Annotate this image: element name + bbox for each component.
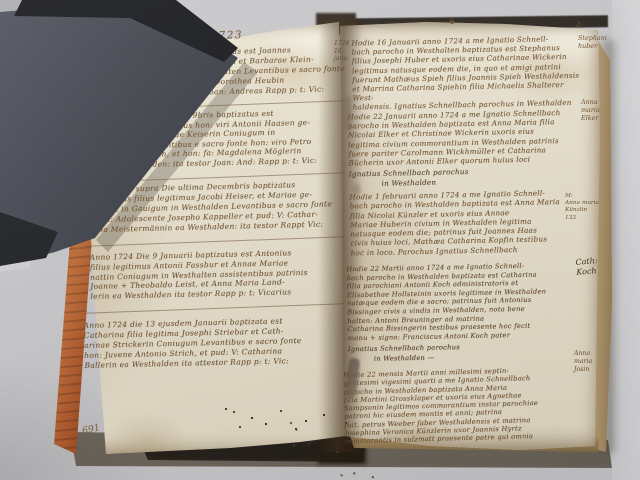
ink-smudge bbox=[345, 96, 352, 130]
register-entry: Hodie 22 mensis Martii anni millesimi se… bbox=[343, 365, 585, 446]
entry-signature: Ignatius Schnellbach parochus in Westhal… bbox=[349, 167, 469, 190]
entry-signature: Ignatius Schnellbach parochus in Westhal… bbox=[348, 342, 460, 364]
margin-note: M: Anna maria Künzlin 133 bbox=[565, 193, 599, 222]
background-highlight-band bbox=[612, 0, 640, 480]
register-entry: Anno 1724 die 13 ejusdem Januarii baptiz… bbox=[83, 315, 340, 371]
ink-smudge bbox=[352, 184, 361, 195]
margin-note: Cath: Koch bbox=[575, 256, 599, 278]
corner-page-number: 4: bbox=[576, 21, 584, 30]
margin-note: Stephani huber bbox=[578, 34, 607, 50]
register-entry: Hodie 1 februarii anno 1724 a me Ignatio… bbox=[349, 188, 584, 258]
margin-year: 1724 16 janu: bbox=[334, 40, 352, 63]
ink-specks bbox=[225, 408, 227, 410]
register-entry: Hodie 22 Martii anno 1724 a me Ignatio S… bbox=[346, 261, 585, 343]
register-entry: Hodie 16 Januarii anno 1724 a me Ignatio… bbox=[351, 34, 586, 113]
margin-note: Anna maria Elker bbox=[581, 98, 600, 122]
manuscript-photo: Anno 1723 Anno 1723 Die 23 9bris baptiza… bbox=[0, 0, 640, 480]
register-entry: Hodie 22 Januarii anno 1724 a me Ignatio… bbox=[347, 108, 584, 168]
register-entry: Anno 1724 Die 9 Januarii baptizatus est … bbox=[89, 247, 342, 302]
top-mark: 4 bbox=[449, 17, 455, 27]
margin-note: Anna maria Josin bbox=[574, 350, 592, 373]
